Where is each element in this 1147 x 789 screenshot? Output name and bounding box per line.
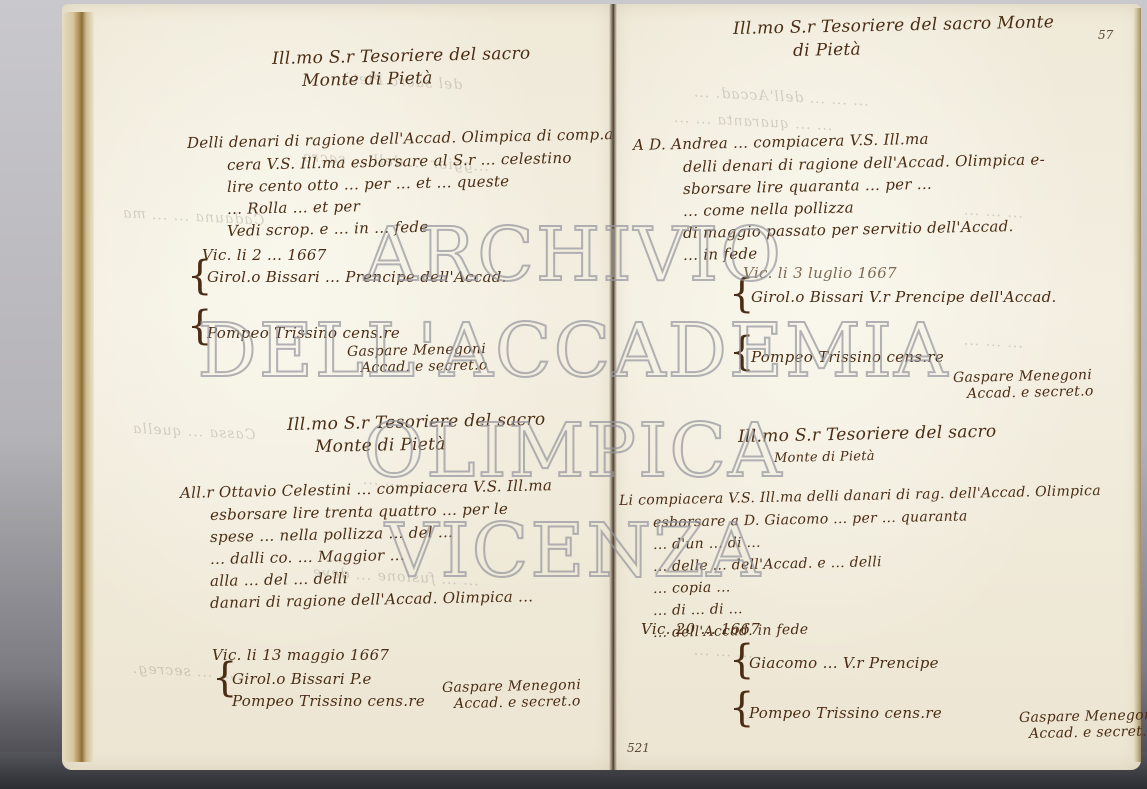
entry-body: A D. Andrea ... compiacera V.S. Ill.ma d…	[633, 134, 1045, 266]
left-page: del sacro Pietà ...ggior ... dell ... sa…	[62, 4, 613, 770]
entry-heading: Ill.mo S.r Tesoriere del sacro Monte di …	[733, 18, 1054, 62]
folio-number: 57	[1098, 28, 1113, 42]
secretary-signature: Gaspare Menegoni Accad. e secret.o	[442, 680, 581, 712]
secretary-signature: Gaspare Menegoni Accad. e secret.o	[1019, 710, 1147, 742]
open-register-book: del sacro Pietà ...ggior ... dell ... sa…	[62, 4, 1144, 770]
entry-heading: Ill.mo S.r Tesoriere del sacro Monte di …	[272, 48, 531, 92]
signature: Pompeo Trissino cens.re	[749, 702, 942, 724]
entry-date: Vic. li 2 ... 1667	[202, 244, 327, 266]
signature: Pompeo Trissino cens.re	[751, 346, 944, 368]
signature: Pompeo Trissino cens.re	[207, 322, 400, 344]
signature: Girol.o Bissari P.e	[232, 668, 372, 690]
signature: Pompeo Trissino cens.re	[232, 690, 425, 712]
signature: Girol.o Bissari ... Prencipe dell'Accad.	[207, 266, 507, 288]
entry-date: Vic. li 3 luglio 1667	[743, 262, 897, 284]
entry-date: Vic. li 13 maggio 1667	[212, 644, 389, 666]
right-page: ... ... ... dell'Accad. ... ... ... quar…	[613, 4, 1141, 770]
book-gutter	[609, 4, 617, 770]
secretary-signature: Gaspare Menegoni Accad. e secret.o	[953, 370, 1094, 402]
entry-heading: Ill.mo S.r Tesoriere del sacro Monte di …	[287, 414, 546, 458]
folio-number: 521	[627, 741, 650, 755]
entry-body: Delli denari di ragione dell'Accad. Olim…	[187, 132, 614, 242]
page-edge-stack	[62, 12, 94, 762]
entry-body: All.r Ottavio Celestini ... compiacera V…	[180, 482, 552, 614]
signature: Giacomo ... V.r Prencipe	[749, 652, 939, 674]
page-edge	[1133, 8, 1141, 762]
secretary-signature: Gaspare Menegoni Accad. e secret.o	[347, 344, 488, 376]
signature: Girol.o Bissari V.r Prencipe dell'Accad.	[751, 286, 1057, 308]
entry-heading: Ill.mo S.r Tesoriere del sacro Monte di …	[738, 426, 997, 470]
